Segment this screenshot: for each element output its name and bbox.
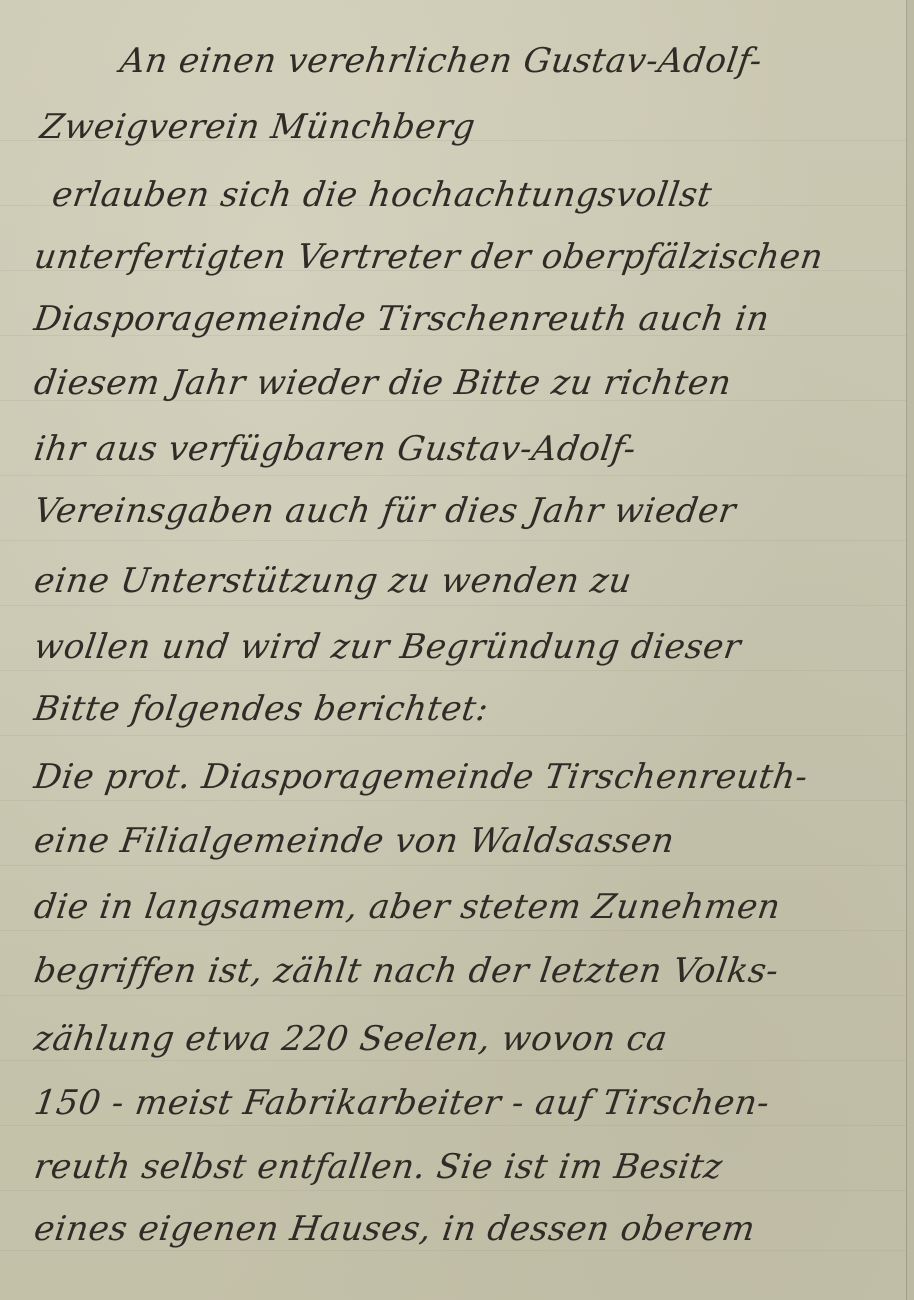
text-line: zählung etwa 220 Seelen, wovon ca	[32, 1022, 670, 1056]
text-line: erlauben sich die hochachtungsvollst	[50, 178, 714, 212]
text-line: die in langsamem, aber stetem Zunehmen	[32, 890, 783, 924]
text-line: Diasporagemeinde Tirschenreuth auch in	[32, 302, 772, 336]
page-edge	[907, 0, 914, 1300]
ruled-line	[0, 1125, 906, 1126]
ruled-line	[0, 605, 906, 606]
text-line: 150 - meist Fabrikarbeiter - auf Tirsche…	[32, 1086, 772, 1120]
text-line: Bitte folgendes berichtet:	[32, 692, 491, 726]
ruled-line	[0, 670, 906, 671]
text-line: diesem Jahr wieder die Bitte zu richten	[32, 366, 734, 400]
text-line: Vereinsgaben auch für dies Jahr wieder	[32, 494, 738, 528]
letter-page: An einen verehrlichen Gustav-Adolf- Zwei…	[0, 0, 914, 1300]
text-line: An einen verehrlichen Gustav-Adolf-	[118, 44, 764, 78]
ruled-line	[0, 930, 906, 931]
text-line: eine Filialgemeinde von Waldsassen	[32, 824, 677, 858]
ruled-line	[0, 1060, 906, 1061]
ruled-line	[0, 865, 906, 866]
text-line: eine Unterstützung zu wenden zu	[32, 564, 634, 598]
ruled-line	[0, 1250, 906, 1251]
text-line: Zweigverein Münchberg	[38, 110, 478, 144]
ruled-line	[0, 475, 906, 476]
text-line: Die prot. Diasporagemeinde Tirschenreuth…	[32, 760, 810, 794]
ruled-line	[0, 1190, 906, 1191]
text-line: reuth selbst entfallen. Sie ist im Besit…	[32, 1150, 725, 1184]
text-line: ihr aus verfügbaren Gustav-Adolf-	[32, 432, 638, 466]
ruled-line	[0, 995, 906, 996]
text-line: wollen und wird zur Begründung dieser	[32, 630, 743, 664]
ruled-line	[0, 800, 906, 801]
text-line: unterfertigten Vertreter der oberpfälzis…	[32, 240, 825, 274]
ruled-line	[0, 540, 906, 541]
ruled-line	[0, 735, 906, 736]
text-line: begriffen ist, zählt nach der letzten Vo…	[32, 954, 781, 988]
text-line: eines eigenen Hauses, in dessen oberem	[32, 1212, 757, 1246]
